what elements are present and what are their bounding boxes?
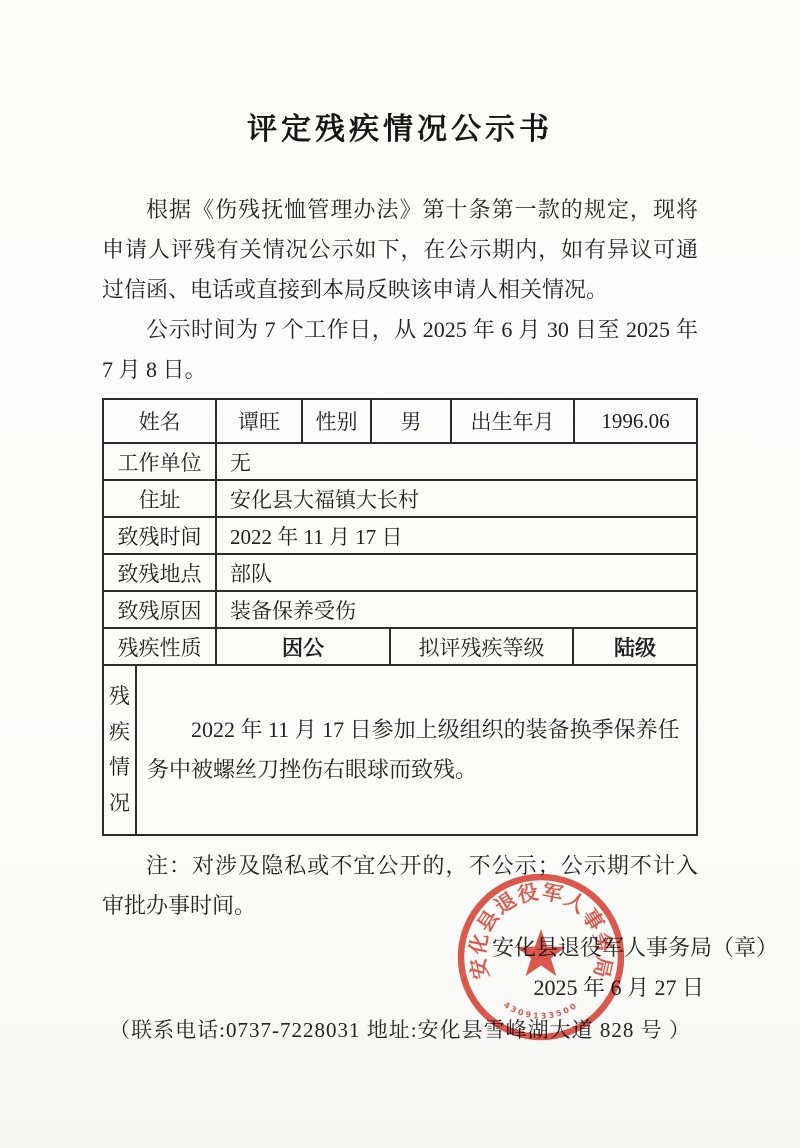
vertical-label-char: 情 <box>109 757 130 778</box>
table-row-address: 住址 安化县大福镇大长村 <box>104 481 696 518</box>
table-row-nature-grade: 残疾性质 因公 拟评残疾等级 陆级 <box>104 629 696 666</box>
vertical-label-char: 况 <box>109 793 130 814</box>
name-value: 谭旺 <box>217 400 303 442</box>
vertical-label-char: 残 <box>109 686 130 707</box>
issue-date: 2025 年 6 月 27 日 <box>0 968 800 1008</box>
applicant-info-table: 姓名 谭旺 性别 男 出生年月 1996.06 工作单位 无 住址 安化县大福镇… <box>102 398 698 836</box>
gender-value: 男 <box>372 400 452 442</box>
gender-label: 性别 <box>303 400 372 442</box>
contact-info: （联系电话:0737-7228031 地址:安化县雪峰湖大道 828 号 ） <box>0 1010 800 1050</box>
issuer-signature: 安化县退役军人事务局（章） <box>0 928 800 968</box>
grade-value: 陆级 <box>574 629 696 664</box>
paragraph-line: 过信函、电话或直接到本局反映该申请人相关情况。 <box>102 270 698 310</box>
name-label: 姓名 <box>104 400 217 442</box>
vertical-label-char: 疾 <box>109 722 130 743</box>
document-body: 根据《伤残抚恤管理办法》第十条第一款的规定，现将 申请人评残有关情况公示如下，在… <box>102 190 698 926</box>
table-row-disability-date: 致残时间 2022 年 11 月 17 日 <box>104 518 696 555</box>
disability-cause-label: 致残原因 <box>104 592 217 627</box>
employer-label: 工作单位 <box>104 444 217 479</box>
birth-value: 1996.06 <box>575 400 696 442</box>
nature-label: 残疾性质 <box>104 629 217 664</box>
disability-place-value: 部队 <box>217 555 696 590</box>
paragraph-line: 根据《伤残抚恤管理办法》第十条第一款的规定，现将 <box>102 190 698 230</box>
paragraph-line: 申请人评残有关情况公示如下，在公示期内，如有异议可通 <box>102 230 698 270</box>
employer-value: 无 <box>217 444 696 479</box>
table-row-employer: 工作单位 无 <box>104 444 696 481</box>
document-title: 评定残疾情况公示书 <box>0 0 800 148</box>
note-line: 注：对涉及隐私或不宜公开的，不公示；公示期不计入 <box>102 846 698 886</box>
grade-label: 拟评残疾等级 <box>391 629 574 664</box>
disability-description-label: 残 疾 情 况 <box>104 666 137 834</box>
document-page: 评定残疾情况公示书 根据《伤残抚恤管理办法》第十条第一款的规定，现将 申请人评残… <box>0 0 800 1148</box>
table-row-identity: 姓名 谭旺 性别 男 出生年月 1996.06 <box>104 400 696 444</box>
table-row-disability-place: 致残地点 部队 <box>104 555 696 592</box>
disability-date-value: 2022 年 11 月 17 日 <box>217 518 696 553</box>
disability-place-label: 致残地点 <box>104 555 217 590</box>
table-row-disability-cause: 致残原因 装备保养受伤 <box>104 592 696 629</box>
disability-description-cell: 2022 年 11 月 17 日参加上级组织的装备换季保养任务中被螺丝刀挫伤右眼… <box>137 666 696 834</box>
note-paragraph: 注：对涉及隐私或不宜公开的，不公示；公示期不计入 审批办事时间。 <box>102 846 698 926</box>
paragraph-line: 7 月 8 日。 <box>102 350 698 390</box>
birth-label: 出生年月 <box>452 400 575 442</box>
address-label: 住址 <box>104 481 217 516</box>
disability-date-label: 致残时间 <box>104 518 217 553</box>
note-line: 审批办事时间。 <box>102 886 698 926</box>
disability-cause-value: 装备保养受伤 <box>217 592 696 627</box>
nature-value: 因公 <box>217 629 391 664</box>
paragraph-publicity-period: 公示时间为 7 个工作日，从 2025 年 6 月 30 日至 2025 年 7… <box>102 310 698 390</box>
paragraph-regulation: 根据《伤残抚恤管理办法》第十条第一款的规定，现将 申请人评残有关情况公示如下，在… <box>102 190 698 310</box>
paragraph-line: 公示时间为 7 个工作日，从 2025 年 6 月 30 日至 2025 年 <box>102 310 698 350</box>
disability-description-text: 2022 年 11 月 17 日参加上级组织的装备换季保养任务中被螺丝刀挫伤右眼… <box>147 710 684 790</box>
address-value: 安化县大福镇大长村 <box>217 481 696 516</box>
table-row-disability-description: 残 疾 情 况 2022 年 11 月 17 日参加上级组织的装备换季保养任务中… <box>104 666 696 834</box>
